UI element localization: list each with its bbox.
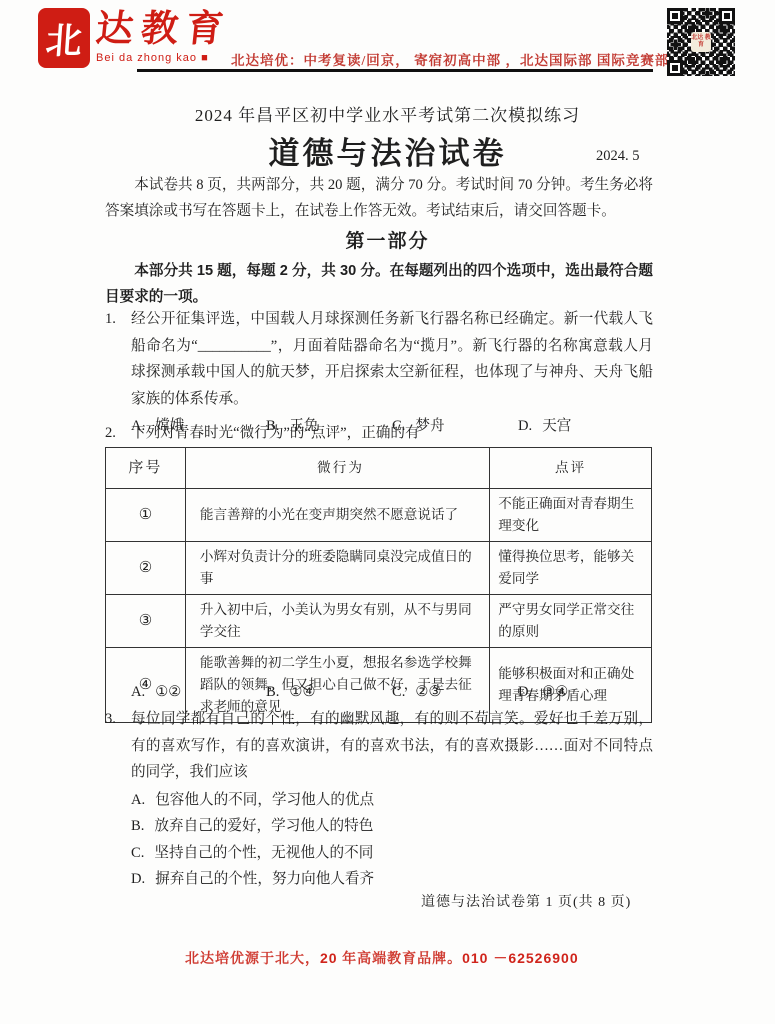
promo-years: 20 [320, 950, 338, 966]
question-1-text: 经公开征集评选，中国载人月球探测任务新飞行器名称已经确定。新一代载人飞船命名为“… [131, 306, 653, 412]
header-tagline: 北达培优：中考复读/回京， 寄宿初高中部 ，北达国际部 国际竞赛部 [231, 49, 669, 69]
footer-promo: 北达培优源于北大，20 年高端教育品牌。010 －62526900 [185, 948, 579, 968]
logo-seal-icon: 北 [40, 10, 88, 66]
header-divider [137, 69, 653, 72]
option-c: C.坚持自己的个性，无视他人的不同 [131, 840, 653, 867]
question-2-number: 2. [105, 420, 131, 447]
option-b: B.①④ [266, 683, 392, 701]
promo-text: 年高端教育品牌。 [338, 952, 463, 967]
option-a: A.①② [131, 683, 266, 701]
exam-title: 道德与法治试卷 [0, 128, 775, 173]
promo-phone: 010 －62526900 [462, 950, 579, 966]
qr-finder-icon [719, 8, 735, 24]
exam-instructions: 本试卷共 8 页，共两部分，共 20 题，满分 70 分。考试时间 70 分钟。… [105, 172, 653, 224]
logo-seal-char: 北 [44, 13, 84, 64]
part1-intro: 本部分共 15 题，每题 2 分，共 30 分。在每题列出的四个选项中，选出最符… [105, 258, 653, 310]
question-2: 2. 下列对青春时光“微行为”的“点评”，正确的有 [105, 420, 653, 447]
question-2-options: A.①② B.①④ C.②③ D.③④ [105, 682, 653, 701]
col-header-index: 序号 [106, 448, 186, 489]
option-d: D.摒弃自己的个性，努力向他人看齐 [131, 866, 653, 893]
exam-super-title: 2024 年昌平区初中学业水平考试第二次模拟练习 [0, 101, 775, 126]
col-header-comment: 点评 [490, 448, 652, 489]
question-3-number: 3. [105, 706, 131, 786]
part1-heading: 第一部分 [0, 226, 775, 253]
qr-finder-icon [667, 60, 683, 76]
col-header-behavior: 微行为 [185, 448, 489, 489]
exam-paper-page: 北 达教育 Bei da zhong kao ■ 北达培优：中考复读/回京， 寄… [0, 0, 775, 1024]
promo-text: 北达培优源于北大， [185, 952, 320, 967]
question-2-text: 下列对青春时光“微行为”的“点评”，正确的有 [131, 420, 653, 447]
logo-sub-text: Bei da zhong kao ■ [96, 52, 231, 64]
question-3: 3. 每位同学都有自己的个性，有的幽默风趣，有的则不苟言笑。爱好也千差万别，有的… [105, 706, 653, 893]
brand-logo: 北 达教育 Bei da zhong kao ■ [40, 10, 231, 66]
table-row: ③ 升入初中后，小美认为男女有别，从不与男同学交往 严守男女同学正常交往的原则 [106, 595, 652, 648]
logo-text-block: 达教育 Bei da zhong kao ■ [96, 10, 231, 66]
option-d: D.③④ [518, 683, 644, 701]
qr-code-icon: 北达 教育 [657, 8, 745, 76]
option-a: A.包容他人的不同，学习他人的优点 [131, 787, 653, 814]
logo-brand-text: 达教育 [94, 10, 233, 50]
page-number-label: 道德与法治试卷第 1 页(共 8 页) [421, 891, 631, 911]
option-b: B.放弃自己的爱好，学习他人的特色 [131, 813, 653, 840]
question-3-text: 每位同学都有自己的个性，有的幽默风趣，有的则不苟言笑。爱好也千差万别，有的喜欢写… [131, 706, 653, 786]
exam-date: 2024. 5 [596, 148, 640, 165]
qr-center-logo: 北达 教育 [691, 32, 711, 52]
table-header-row: 序号 微行为 点评 [106, 448, 652, 489]
qr-pattern: 北达 教育 [667, 8, 735, 76]
table-row: ① 能言善辩的小光在变声期突然不愿意说话了 不能正确面对青春期生理变化 [106, 489, 652, 542]
header: 北 达教育 Bei da zhong kao ■ 北达培优：中考复读/回京， 寄… [0, 0, 775, 92]
option-c: C.②③ [392, 683, 518, 701]
qr-finder-icon [667, 8, 683, 24]
question-3-options: A.包容他人的不同，学习他人的优点 B.放弃自己的爱好，学习他人的特色 C.坚持… [105, 787, 653, 893]
table-row: ② 小辉对负责计分的班委隐瞒同桌没完成值日的事 懂得换位思考，能够关爱同学 [106, 542, 652, 595]
question-1-number: 1. [105, 306, 131, 412]
title-row: 道德与法治试卷 2024. 5 [0, 128, 775, 172]
